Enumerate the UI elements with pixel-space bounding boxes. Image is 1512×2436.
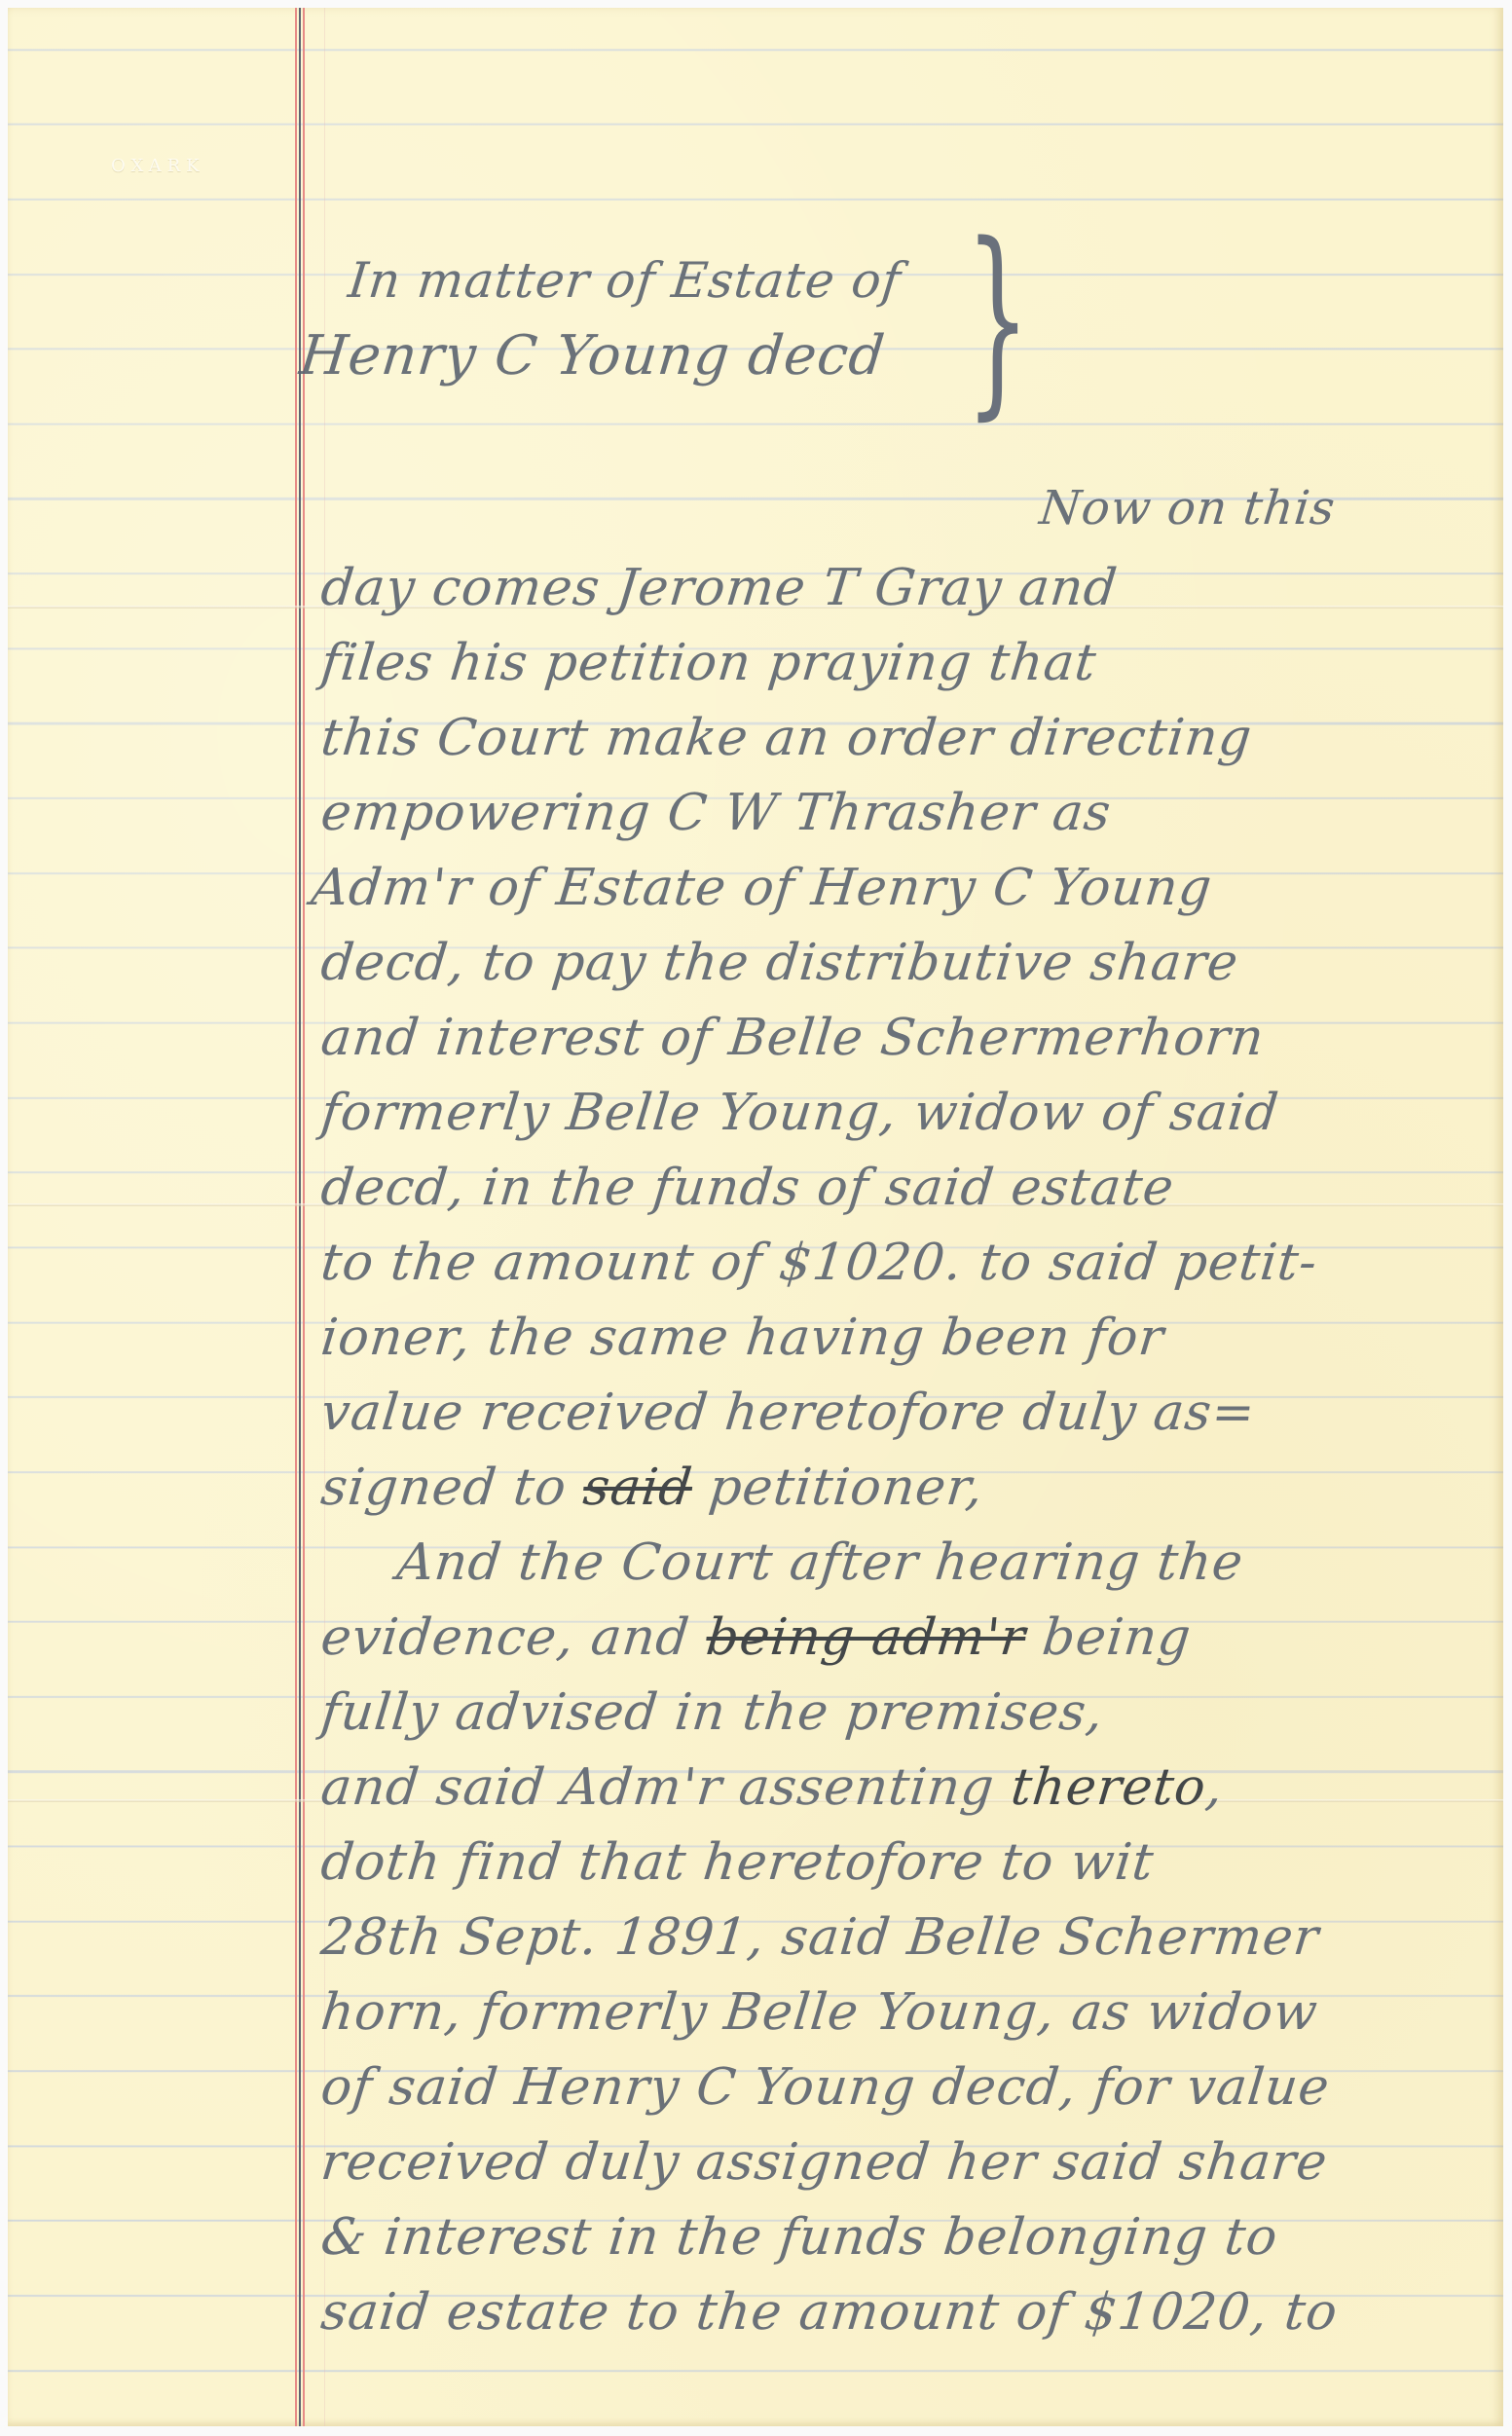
body-line: Adm'r of Estate of Henry C Young bbox=[309, 863, 1214, 913]
body-line-paragraph-start: And the Court after hearing the bbox=[394, 1537, 1245, 1588]
paper-emboss-mark: OXARK bbox=[111, 156, 205, 176]
caption-line-2: Henry C Young decd bbox=[297, 329, 888, 384]
body-line-date: 28th Sept. 1891, said Belle Schermer bbox=[318, 1912, 1321, 1963]
body-line: decd, in the funds of said estate bbox=[318, 1163, 1176, 1213]
overwritten-word: thereto bbox=[1009, 1758, 1209, 1817]
body-line: day comes Jerome T Gray and bbox=[318, 563, 1120, 613]
text-segment: evidence, and bbox=[318, 1608, 710, 1667]
struck-word: said bbox=[580, 1458, 695, 1517]
body-line: this Court make an order directing bbox=[318, 713, 1254, 763]
body-line: of said Henry C Young decd, for value bbox=[318, 2062, 1332, 2113]
text-segment: petitioner, bbox=[689, 1458, 986, 1517]
body-line-with-strikethrough: signed to said petitioner, bbox=[318, 1462, 985, 1513]
body-line: received duly assigned her said share bbox=[318, 2137, 1330, 2188]
body-line: to the amount of $1020. to said petit- bbox=[318, 1237, 1319, 1288]
body-line: value received heretofore duly as= bbox=[318, 1387, 1258, 1438]
margin-line-red-left bbox=[295, 8, 297, 2426]
body-line: files his petition praying that bbox=[318, 638, 1098, 688]
body-line: horn, formerly Belle Young, as widow bbox=[318, 1987, 1320, 2038]
caption-line-1: In matter of Estate of bbox=[346, 256, 904, 305]
body-line-with-overwrite: and said Adm'r assenting thereto, bbox=[318, 1762, 1226, 1813]
body-line: decd, to pay the distributive share bbox=[318, 938, 1240, 988]
body-line: ioner, the same having been for bbox=[318, 1312, 1166, 1363]
body-line: Now on this bbox=[1037, 485, 1338, 532]
body-line: fully advised in the premises, bbox=[318, 1687, 1106, 1738]
struck-word: being adm'r bbox=[703, 1608, 1028, 1667]
ruled-paper-page: OXARK In matter of Estate of Henry C You… bbox=[8, 8, 1503, 2426]
text-segment: signed to bbox=[318, 1458, 587, 1517]
body-line: empowering C W Thrasher as bbox=[318, 788, 1114, 838]
body-line: formerly Belle Young, widow of said bbox=[318, 1088, 1281, 1138]
body-line: and interest of Belle Schermerhorn bbox=[318, 1013, 1267, 1063]
caption-brace: } bbox=[965, 217, 1030, 422]
body-line: doth find that heretofore to wit bbox=[318, 1837, 1157, 1888]
text-segment: and said Adm'r assenting bbox=[318, 1758, 1014, 1817]
body-line: said estate to the amount of $1020, to bbox=[318, 2287, 1340, 2338]
text-segment: being bbox=[1022, 1608, 1194, 1667]
body-line: & interest in the funds belonging to bbox=[318, 2212, 1280, 2263]
body-line-with-strikethrough: evidence, and being adm'r being bbox=[318, 1612, 1194, 1663]
